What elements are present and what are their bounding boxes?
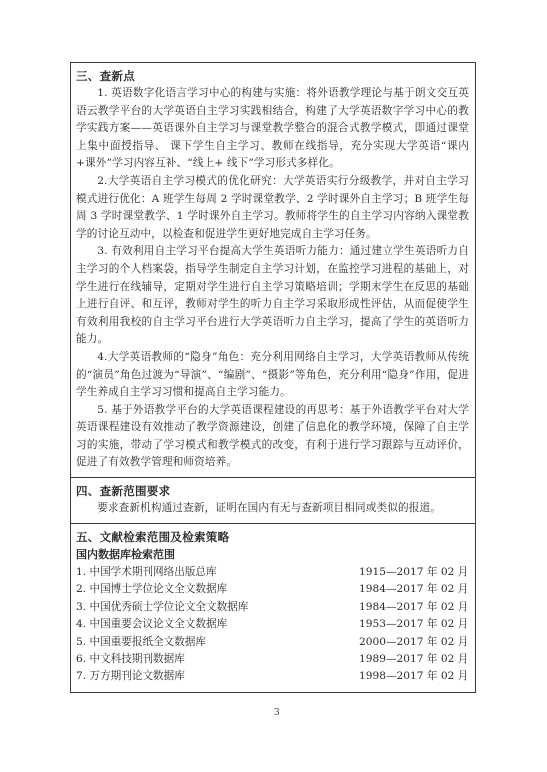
novelty-point-5: 5. 基于外语教学平台的大学英语课程建设的再思考：基于外语教学平台对大学英语课程…	[76, 402, 469, 472]
database-row: 2. 中国博士学位论文全文数据库 1984—2017 年 02 月	[76, 581, 469, 598]
section-novelty-points: 三、查新点 1. 英语数字化语言学习中心的构建与实施：将外语教学理论与基于朗文交…	[71, 63, 475, 478]
database-name: 4. 中国重要会议论文全文数据库	[76, 616, 359, 633]
novelty-point-2: 2.大学英语自主学习模式的优化研究：大学英语实行分级教学，并对自主学习模式进行优…	[76, 173, 469, 243]
page-number: 3	[274, 708, 280, 718]
domestic-database-subtitle: 国内数据库检索范围	[76, 546, 469, 564]
database-row: 1. 中国学术期刊网络出版总库 1915—2017 年 02 月	[76, 564, 469, 581]
section-title: 四、查新范围要求	[76, 482, 469, 500]
section-literature-search: 五、文献检索范围及检索策略 国内数据库检索范围 1. 中国学术期刊网络出版总库 …	[71, 524, 475, 692]
database-row: 3. 中国优秀硕士学位论文全文数据库 1984—2017 年 02 月	[76, 599, 469, 616]
database-name: 6. 中文科技期刊数据库	[76, 651, 359, 668]
database-name: 2. 中国博士学位论文全文数据库	[76, 581, 359, 598]
section-title: 五、文献检索范围及检索策略	[76, 528, 469, 546]
database-range: 2000—2017 年 02 月	[359, 634, 469, 651]
database-range: 1984—2017 年 02 月	[359, 599, 469, 616]
novelty-point-1: 1. 英语数字化语言学习中心的构建与实施：将外语教学理论与基于朗文交互英语云教学…	[76, 85, 469, 173]
section-search-scope-requirements: 四、查新范围要求 要求查新机构通过查新，证明在国内有无与查新项目相同或类似的报道…	[71, 478, 475, 524]
database-range: 1998—2017 年 02 月	[359, 668, 469, 685]
database-range: 1989—2017 年 02 月	[359, 651, 469, 668]
database-range: 1915—2017 年 02 月	[359, 564, 469, 581]
form-table: 三、查新点 1. 英语数字化语言学习中心的构建与实施：将外语教学理论与基于朗文交…	[70, 62, 476, 693]
section-title: 三、查新点	[76, 67, 469, 85]
database-range: 1984—2017 年 02 月	[359, 581, 469, 598]
database-row: 7. 万方期刊论文数据库 1998—2017 年 02 月	[76, 668, 469, 685]
database-row: 6. 中文科技期刊数据库 1989—2017 年 02 月	[76, 651, 469, 668]
database-range: 1953—2017 年 02 月	[359, 616, 469, 633]
database-name: 3. 中国优秀硕士学位论文全文数据库	[76, 599, 359, 616]
database-row: 4. 中国重要会议论文全文数据库 1953—2017 年 02 月	[76, 616, 469, 633]
scope-requirement-text: 要求查新机构通过查新，证明在国内有无与查新项目相同或类似的报道。	[76, 500, 469, 518]
novelty-point-4: 4.大学英语教师的“隐身”角色：充分利用网络自主学习，大学英语教师从传统的“演员…	[76, 349, 469, 402]
novelty-point-3: 3. 有效利用自主学习平台提高大学生英语听力能力：通过建立学生英语听力自主学习的…	[76, 243, 469, 349]
database-name: 1. 中国学术期刊网络出版总库	[76, 564, 359, 581]
database-name: 5. 中国重要报纸全文数据库	[76, 634, 359, 651]
database-row: 5. 中国重要报纸全文数据库 2000—2017 年 02 月	[76, 634, 469, 651]
database-name: 7. 万方期刊论文数据库	[76, 668, 359, 685]
